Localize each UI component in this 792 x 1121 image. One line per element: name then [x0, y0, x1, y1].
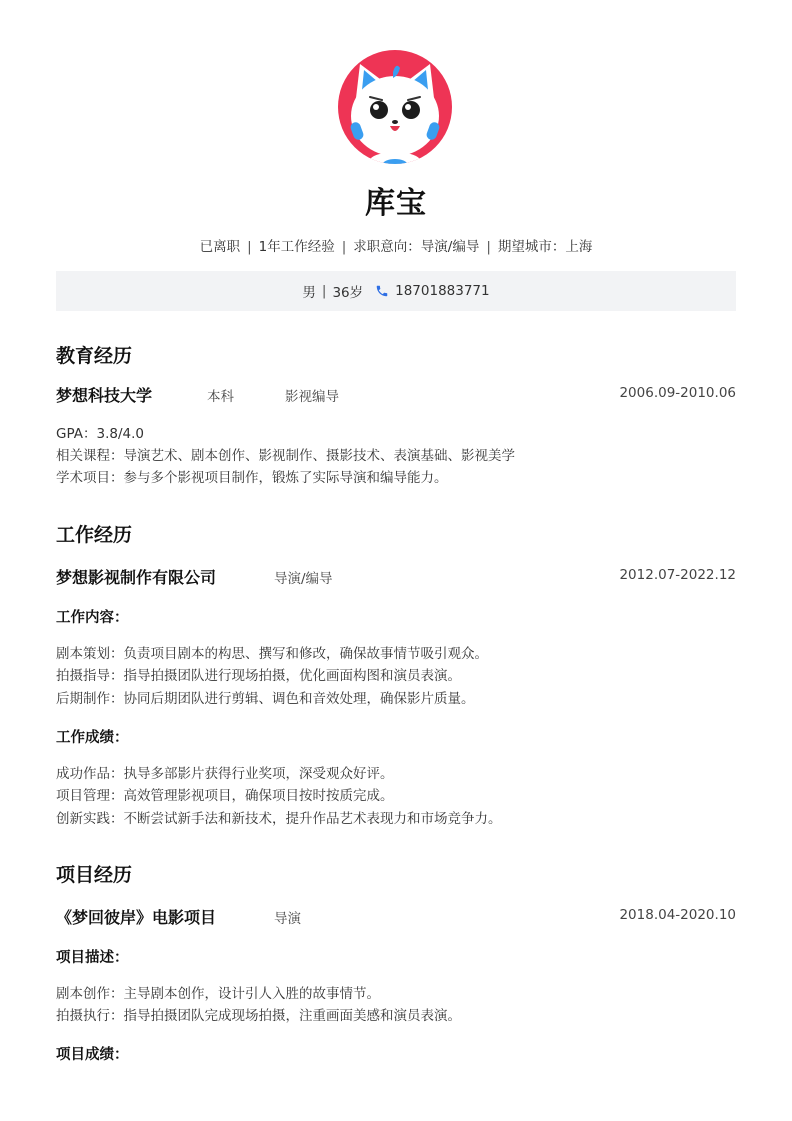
- work-achievement-line: 项目管理：高效管理影视项目，确保项目按时按质完成。: [56, 784, 394, 804]
- project-date: 2018.04-2020.10: [619, 907, 736, 923]
- job-intention-text: 求职意向：导演/编导: [353, 239, 479, 255]
- project-entry-header: 《梦回彼岸》电影项目 导演 2018.04-2020.10: [56, 905, 736, 929]
- education-date: 2006.09-2010.06: [619, 385, 736, 401]
- contact-bar: 男 | 36岁 18701883771: [56, 271, 736, 311]
- separator: |: [247, 239, 252, 255]
- expected-city-text: 期望城市：上海: [498, 239, 593, 255]
- school-name: 梦想科技大学: [56, 383, 152, 406]
- phone-icon: [375, 284, 389, 298]
- section-title-project: 项目经历: [56, 860, 132, 887]
- separator: |: [322, 283, 327, 299]
- project-achievements-title: 项目成绩：: [56, 1043, 129, 1064]
- education-line: 相关课程：导演艺术、剧本创作、影视制作、摄影技术、表演基础、影视美学: [56, 444, 515, 464]
- work-entry-header: 梦想影视制作有限公司 导演/编导 2012.07-2022.12: [56, 565, 736, 589]
- age-text: 36岁: [332, 281, 363, 301]
- candidate-name: 库宝: [56, 178, 736, 222]
- major-text: 影视编导: [285, 385, 339, 405]
- separator: |: [342, 239, 347, 255]
- degree-text: 本科: [207, 385, 234, 405]
- work-content-line: 后期制作：协同后期团队进行剪辑、调色和音效处理，确保影片质量。: [56, 687, 475, 707]
- status-text: 已离职: [200, 239, 241, 255]
- education-entry-header: 梦想科技大学 本科 影视编导 2006.09-2010.06: [56, 383, 736, 407]
- candidate-meta: 已离职|1年工作经验|求职意向：导演/编导|期望城市：上海: [56, 235, 736, 255]
- education-line: 学术项目：参与多个影视项目制作，锻炼了实际导演和编导能力。: [56, 466, 448, 486]
- work-content-line: 拍摄指导：指导拍摄团队进行现场拍摄，优化画面构图和演员表演。: [56, 664, 461, 684]
- section-title-work: 工作经历: [56, 520, 132, 547]
- work-achievements-title: 工作成绩：: [56, 726, 129, 747]
- project-desc-line: 剧本创作：主导剧本创作，设计引人入胜的故事情节。: [56, 982, 380, 1002]
- cat-mascot-icon: [338, 50, 452, 164]
- work-content-line: 剧本策划：负责项目剧本的构思、撰写和修改，确保故事情节吸引观众。: [56, 642, 488, 662]
- project-name: 《梦回彼岸》电影项目: [56, 905, 216, 928]
- role-text: 导演/编导: [274, 567, 333, 587]
- avatar: [338, 50, 452, 164]
- company-name: 梦想影视制作有限公司: [56, 565, 216, 588]
- project-role-text: 导演: [274, 907, 301, 927]
- work-date: 2012.07-2022.12: [619, 567, 736, 583]
- work-content-title: 工作内容：: [56, 606, 129, 627]
- project-desc-line: 拍摄执行：指导拍摄团队完成现场拍摄，注重画面美感和演员表演。: [56, 1004, 461, 1024]
- section-title-education: 教育经历: [56, 341, 132, 368]
- project-desc-title: 项目描述：: [56, 946, 129, 967]
- work-achievement-line: 创新实践：不断尝试新手法和新技术，提升作品艺术表现力和市场竞争力。: [56, 807, 502, 827]
- education-line: GPA：3.8/4.0: [56, 422, 144, 442]
- experience-text: 1年工作经验: [259, 239, 335, 255]
- separator: |: [486, 239, 491, 255]
- work-achievement-line: 成功作品：执导多部影片获得行业奖项，深受观众好评。: [56, 762, 394, 782]
- phone-number[interactable]: 18701883771: [395, 283, 489, 299]
- gender-text: 男: [302, 281, 316, 301]
